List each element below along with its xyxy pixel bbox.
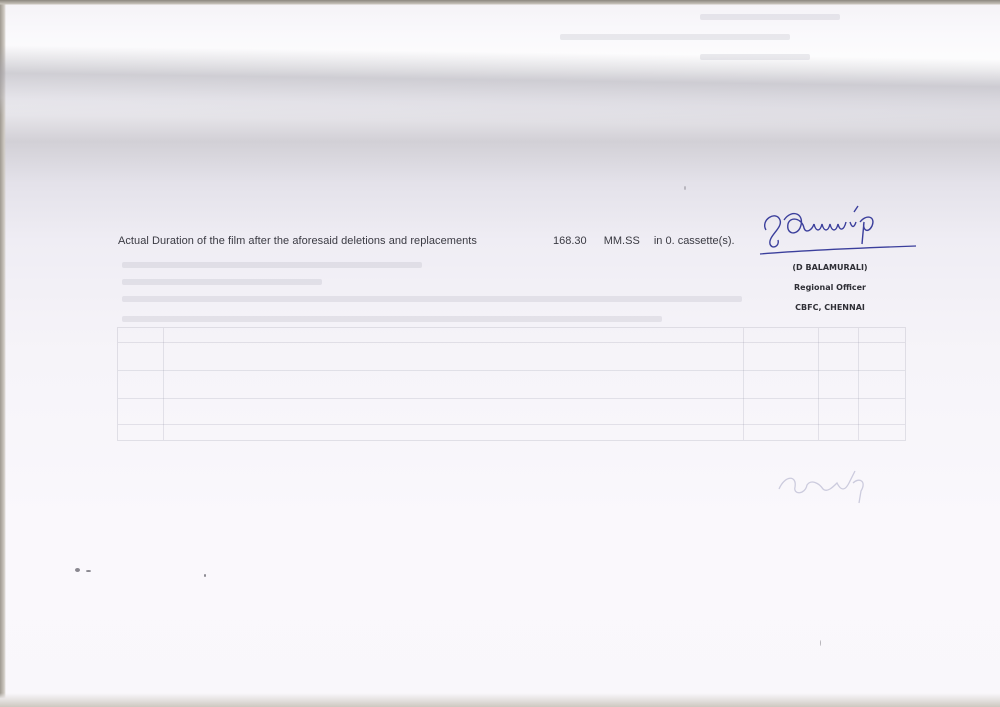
scan-speck <box>204 574 206 577</box>
duration-value-group: 168.30 MM.SS in 0. cassette(s). <box>553 235 749 247</box>
scan-bottom-edge <box>0 693 1000 707</box>
scan-speck <box>684 186 686 190</box>
signatory-block: (D BALAMURALI) Regional Officer CBFC, CH… <box>760 262 900 322</box>
signatory-designation: Regional Officer <box>760 282 900 302</box>
paper-fold-shadow <box>0 45 1000 129</box>
cassette-count: in 0. cassette(s). <box>654 235 735 247</box>
scan-speck <box>86 570 91 572</box>
duration-label: Actual Duration of the film after the af… <box>118 235 477 247</box>
signature-icon <box>758 200 918 260</box>
signatory-office: CBFC, CHENNAI <box>760 302 900 322</box>
signatory-name: (D BALAMURALI) <box>760 262 900 282</box>
duration-value: 168.30 <box>553 235 587 247</box>
scan-speck <box>820 640 821 646</box>
faint-show-through-signature-icon <box>775 465 885 505</box>
scan-speck <box>75 568 80 572</box>
duration-unit: MM.SS <box>604 235 640 247</box>
scanned-document-page: Actual Duration of the film after the af… <box>0 0 1000 707</box>
show-through-table <box>117 327 906 441</box>
